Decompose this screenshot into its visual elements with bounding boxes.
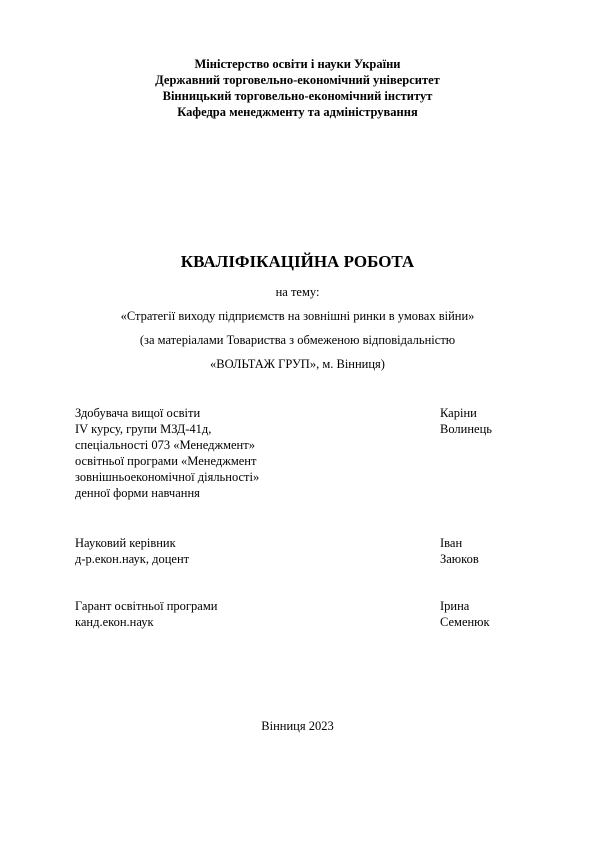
student-role-line: зовнішньоекономічної діяльності» xyxy=(75,469,259,485)
student-role-line: спеціальності 073 «Менеджмент» xyxy=(75,437,259,453)
subtitle: на тему: xyxy=(0,284,595,300)
supervisor-first-name: Іван xyxy=(440,535,479,551)
basis-line-1: (за матеріалами Товариства з обмеженою в… xyxy=(0,332,595,348)
student-role-line: Здобувача вищої освіти xyxy=(75,405,259,421)
student-name: Каріни Волинець xyxy=(440,405,492,437)
guarantor-name: Ірина Семенюк xyxy=(440,598,490,630)
guarantor-role-line: Гарант освітньої програми xyxy=(75,598,217,614)
supervisor-role: Науковий керівник д-р.екон.наук, доцент xyxy=(75,535,189,567)
guarantor-last-name: Семенюк xyxy=(440,614,490,630)
student-role-line: IV курсу, групи МЗД-41д, xyxy=(75,421,259,437)
guarantor-first-name: Ірина xyxy=(440,598,490,614)
header-university: Державний торговельно-економічний універ… xyxy=(0,72,595,88)
student-role-line: денної форми навчання xyxy=(75,485,259,501)
guarantor-role-line: канд.екон.наук xyxy=(75,614,217,630)
student-last-name: Волинець xyxy=(440,421,492,437)
header-department: Кафедра менеджменту та адміністрування xyxy=(0,104,595,120)
document-title: КВАЛІФІКАЦІЙНА РОБОТА xyxy=(0,252,595,272)
supervisor-name: Іван Заюков xyxy=(440,535,479,567)
header-ministry: Міністерство освіти і науки України xyxy=(0,56,595,72)
guarantor-role: Гарант освітньої програми канд.екон.наук xyxy=(75,598,217,630)
supervisor-role-line: Науковий керівник xyxy=(75,535,189,551)
supervisor-last-name: Заюков xyxy=(440,551,479,567)
basis-line-2: «ВОЛЬТАЖ ГРУП», м. Вінниця) xyxy=(0,356,595,372)
student-role-line: освітньої програми «Менеджмент xyxy=(75,453,259,469)
student-first-name: Каріни xyxy=(440,405,492,421)
place-year: Вінниця 2023 xyxy=(0,718,595,734)
supervisor-role-line: д-р.екон.наук, доцент xyxy=(75,551,189,567)
header-institute: Вінницький торговельно-економічний інсти… xyxy=(0,88,595,104)
topic: «Стратегії виходу підприємств на зовнішн… xyxy=(0,308,595,324)
student-role: Здобувача вищої освіти IV курсу, групи М… xyxy=(75,405,259,501)
